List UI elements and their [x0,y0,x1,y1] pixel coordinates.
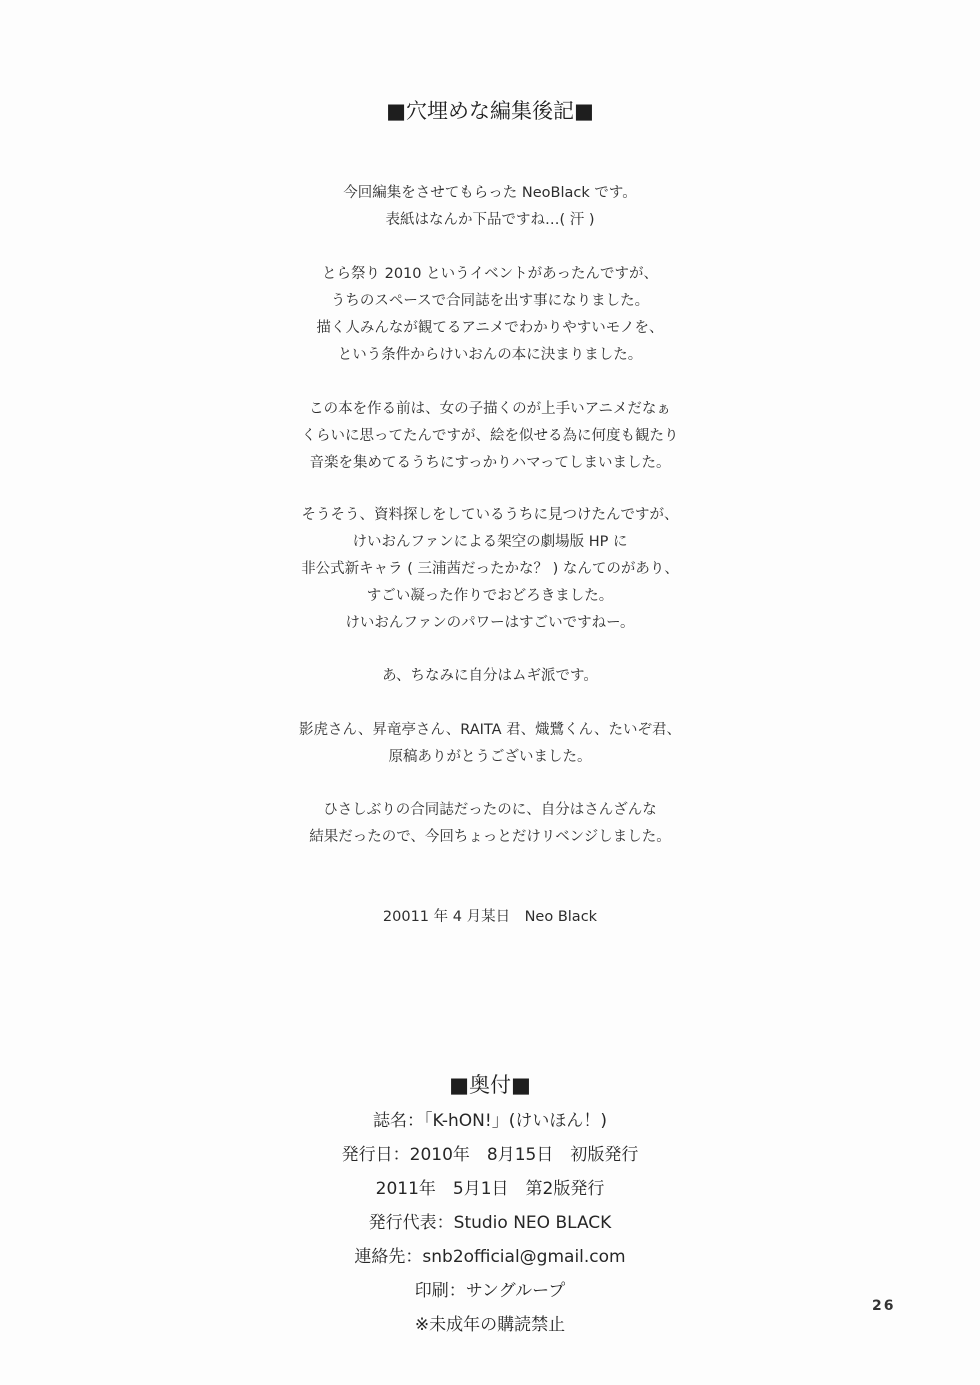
afterword-line: 非公式新キャラ ( 三浦茜だったかな？ ) なんてのがあり、 [0,557,980,578]
afterword-line: くらいに思ってたんですが、絵を似せる為に何度も観たり [0,424,980,445]
afterword-line: とら祭り 2010 というイベントがあったんですが、 [0,262,980,283]
document-page: ■穴埋めな編集後記■ 今回編集をさせてもらった NeoBlack です。 表紙は… [0,0,980,1385]
afterword-title: ■穴埋めな編集後記■ [0,95,980,125]
colophon-line: 2011年 5月1日 第2版発行 [0,1174,980,1199]
afterword-line: 影虎さん、昇竜亭さん、RAITA 君、熾鷺くん、たいぞ君、 [0,718,980,739]
afterword-line: ひさしぶりの合同誌だったのに、自分はさんざんな [0,798,980,819]
colophon-title: ■奥付■ [0,1069,980,1099]
colophon-line: ※未成年の購読禁止 [0,1310,980,1335]
afterword-line: すごい凝った作りでおどろきました。 [0,584,980,605]
afterword-line: 結果だったので、今回ちょっとだけリベンジしました。 [0,825,980,846]
afterword-line: 音楽を集めてるうちにすっかりハマってしまいました。 [0,451,980,472]
colophon-line: 発行代表：Studio NEO BLACK [0,1208,980,1233]
colophon-line: 発行日：2010年 8月15日 初版発行 [0,1140,980,1165]
afterword-line: という条件からけいおんの本に決まりました。 [0,343,980,364]
afterword-signature: 20011 年 4 月某日 Neo Black [0,905,980,926]
colophon-contact: 連絡先：snb2official@gmail.com [0,1242,980,1267]
page-number: 26 [872,1298,895,1314]
afterword-line: 表紙はなんか下品ですね…( 汗 ) [0,208,980,229]
afterword-line: そうそう、資料探しをしているうちに見つけたんですが、 [0,503,980,524]
afterword-line: けいおんファンのパワーはすごいですねー。 [0,611,980,632]
colophon-line: 印刷：サングループ [0,1276,980,1301]
colophon-line: 誌名：「K-hON!」(けいほん！) [0,1106,980,1131]
afterword-line: 原稿ありがとうございました。 [0,745,980,766]
afterword-line: あ、ちなみに自分はムギ派です。 [0,664,980,685]
afterword-line: けいおんファンによる架空の劇場版 HP に [0,530,980,551]
afterword-line: この本を作る前は、女の子描くのが上手いアニメだなぁ [0,397,980,418]
afterword-line: 今回編集をさせてもらった NeoBlack です。 [0,181,980,202]
afterword-line: 描く人みんなが観てるアニメでわかりやすいモノを、 [0,316,980,337]
afterword-line: うちのスペースで合同誌を出す事になりました。 [0,289,980,310]
